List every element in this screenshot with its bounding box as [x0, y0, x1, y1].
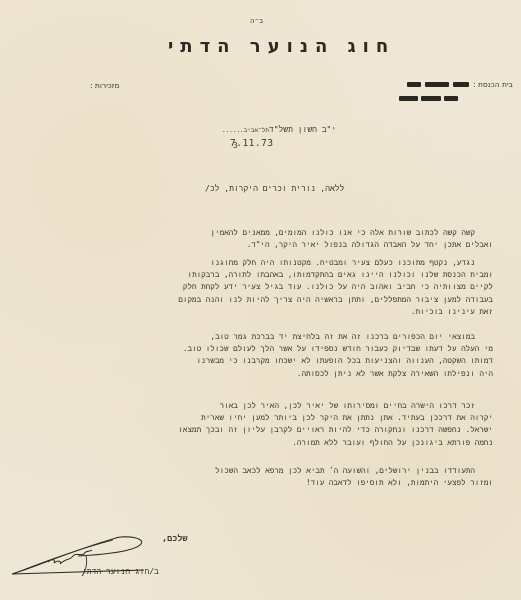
text-line: דמותו השקטה, הענווה והצניעות בכל הופעתו …	[41, 355, 493, 367]
closing: שלכם,	[162, 534, 188, 544]
secretariat-label: מזכירות :	[90, 81, 119, 90]
text-line: זכר דרכו הישרה בחיים ומסירותו של יאיר לכ…	[41, 400, 493, 412]
text-line: מי העלה על דעתו שבדיוק כעבור חודש נספידו…	[41, 343, 493, 355]
text-line: ואבלים אתכן יחד על האבדה הגדולה בנפול יא…	[41, 239, 493, 251]
text-line: בעבודה למען ציבור המתפללים, ותתן בראשיה …	[41, 294, 493, 306]
hebrew-date: י"ב חשון תשל"דתל־אביב......	[222, 125, 336, 135]
text-line: ומזור לפצעי היתמות, ולא תוסיפו לדאבה עוד…	[41, 477, 493, 489]
paragraph-4: זכר דרכו הישרה בחיים ומסירותו של יאיר לכ…	[41, 400, 493, 449]
letter-page: ב״ה חוג הנוער הדתי בית הכנסת : מזכירות :…	[0, 0, 521, 600]
organization-title: חוג הנוער הדתי	[168, 36, 395, 57]
synagogue-address-line2	[399, 96, 458, 101]
text-line: זאת עינינו בוכיות.	[41, 306, 493, 318]
redaction-bar	[425, 82, 449, 87]
redaction-bar	[399, 96, 418, 101]
text-line: במוצאי יום הכפורים ברכנו זה את זה בלחיצת…	[41, 331, 493, 343]
text-line: יקרוה את דרככן בעתיד. אתן נתתן את היקר ל…	[41, 412, 493, 424]
bh-mark: ב״ה	[250, 17, 263, 25]
redaction-bar	[421, 96, 441, 101]
paragraph-3: במוצאי יום הכפורים ברכנו זה את זה בלחיצת…	[41, 331, 493, 380]
text-line: נגדע, נקטף מתוכנו כעלם צעיר ומבטיח. מקטנ…	[41, 257, 493, 269]
text-line: נחמה פורתא ביגונכן על החולף ועובר ללא תמ…	[41, 437, 493, 449]
handwritten-annotation: לכ/	[205, 184, 219, 193]
date-value: י"ב חשון תשל"ד	[269, 125, 336, 134]
redaction-bar	[407, 82, 421, 87]
city: תל־אביב......	[222, 127, 269, 134]
text-line: קשה קשה לכתוב שורות אלה כי אנו כולנו המו…	[41, 227, 493, 239]
handwritten-mark: 3	[233, 141, 238, 150]
salutation-text: ללאה, נורית וכרים היקרות,	[224, 184, 344, 193]
redaction-bar	[453, 82, 469, 87]
text-line: היה ונפילתו השאירה צלקת אשר לא ניתן לכסו…	[41, 368, 493, 380]
salutation: ללאה, נורית וכרים היקרות, לכ/	[205, 184, 344, 194]
signed-by: ב/חוג הנוער הדתי	[82, 567, 159, 577]
paragraph-5: התעודדו בבנין ירושלים, והשועה ה׳ תביא לכ…	[41, 465, 493, 489]
text-line: ומבית הכנסת שלנו וכולנו היינו גאים בהתקד…	[41, 269, 493, 281]
text-line: התעודדו בבנין ירושלים, והשועה ה׳ תביא לכ…	[41, 465, 493, 477]
synagogue-address: בית הכנסת :	[407, 80, 513, 89]
text-line: לקיים מצוותיה כי חביב ואהוב היה על כולנו…	[41, 281, 493, 293]
paragraph-2: נגדע, נקטף מתוכנו כעלם צעיר ומבטיח. מקטנ…	[41, 257, 493, 318]
paragraph-1: קשה קשה לכתוב שורות אלה כי אנו כולנו המו…	[41, 227, 493, 251]
text-line: ישראל. נחפשה דרכנו ונחקורה כדי להיות ראו…	[41, 424, 493, 436]
redaction-bar	[444, 96, 458, 101]
synagogue-label: בית הכנסת :	[473, 80, 513, 89]
